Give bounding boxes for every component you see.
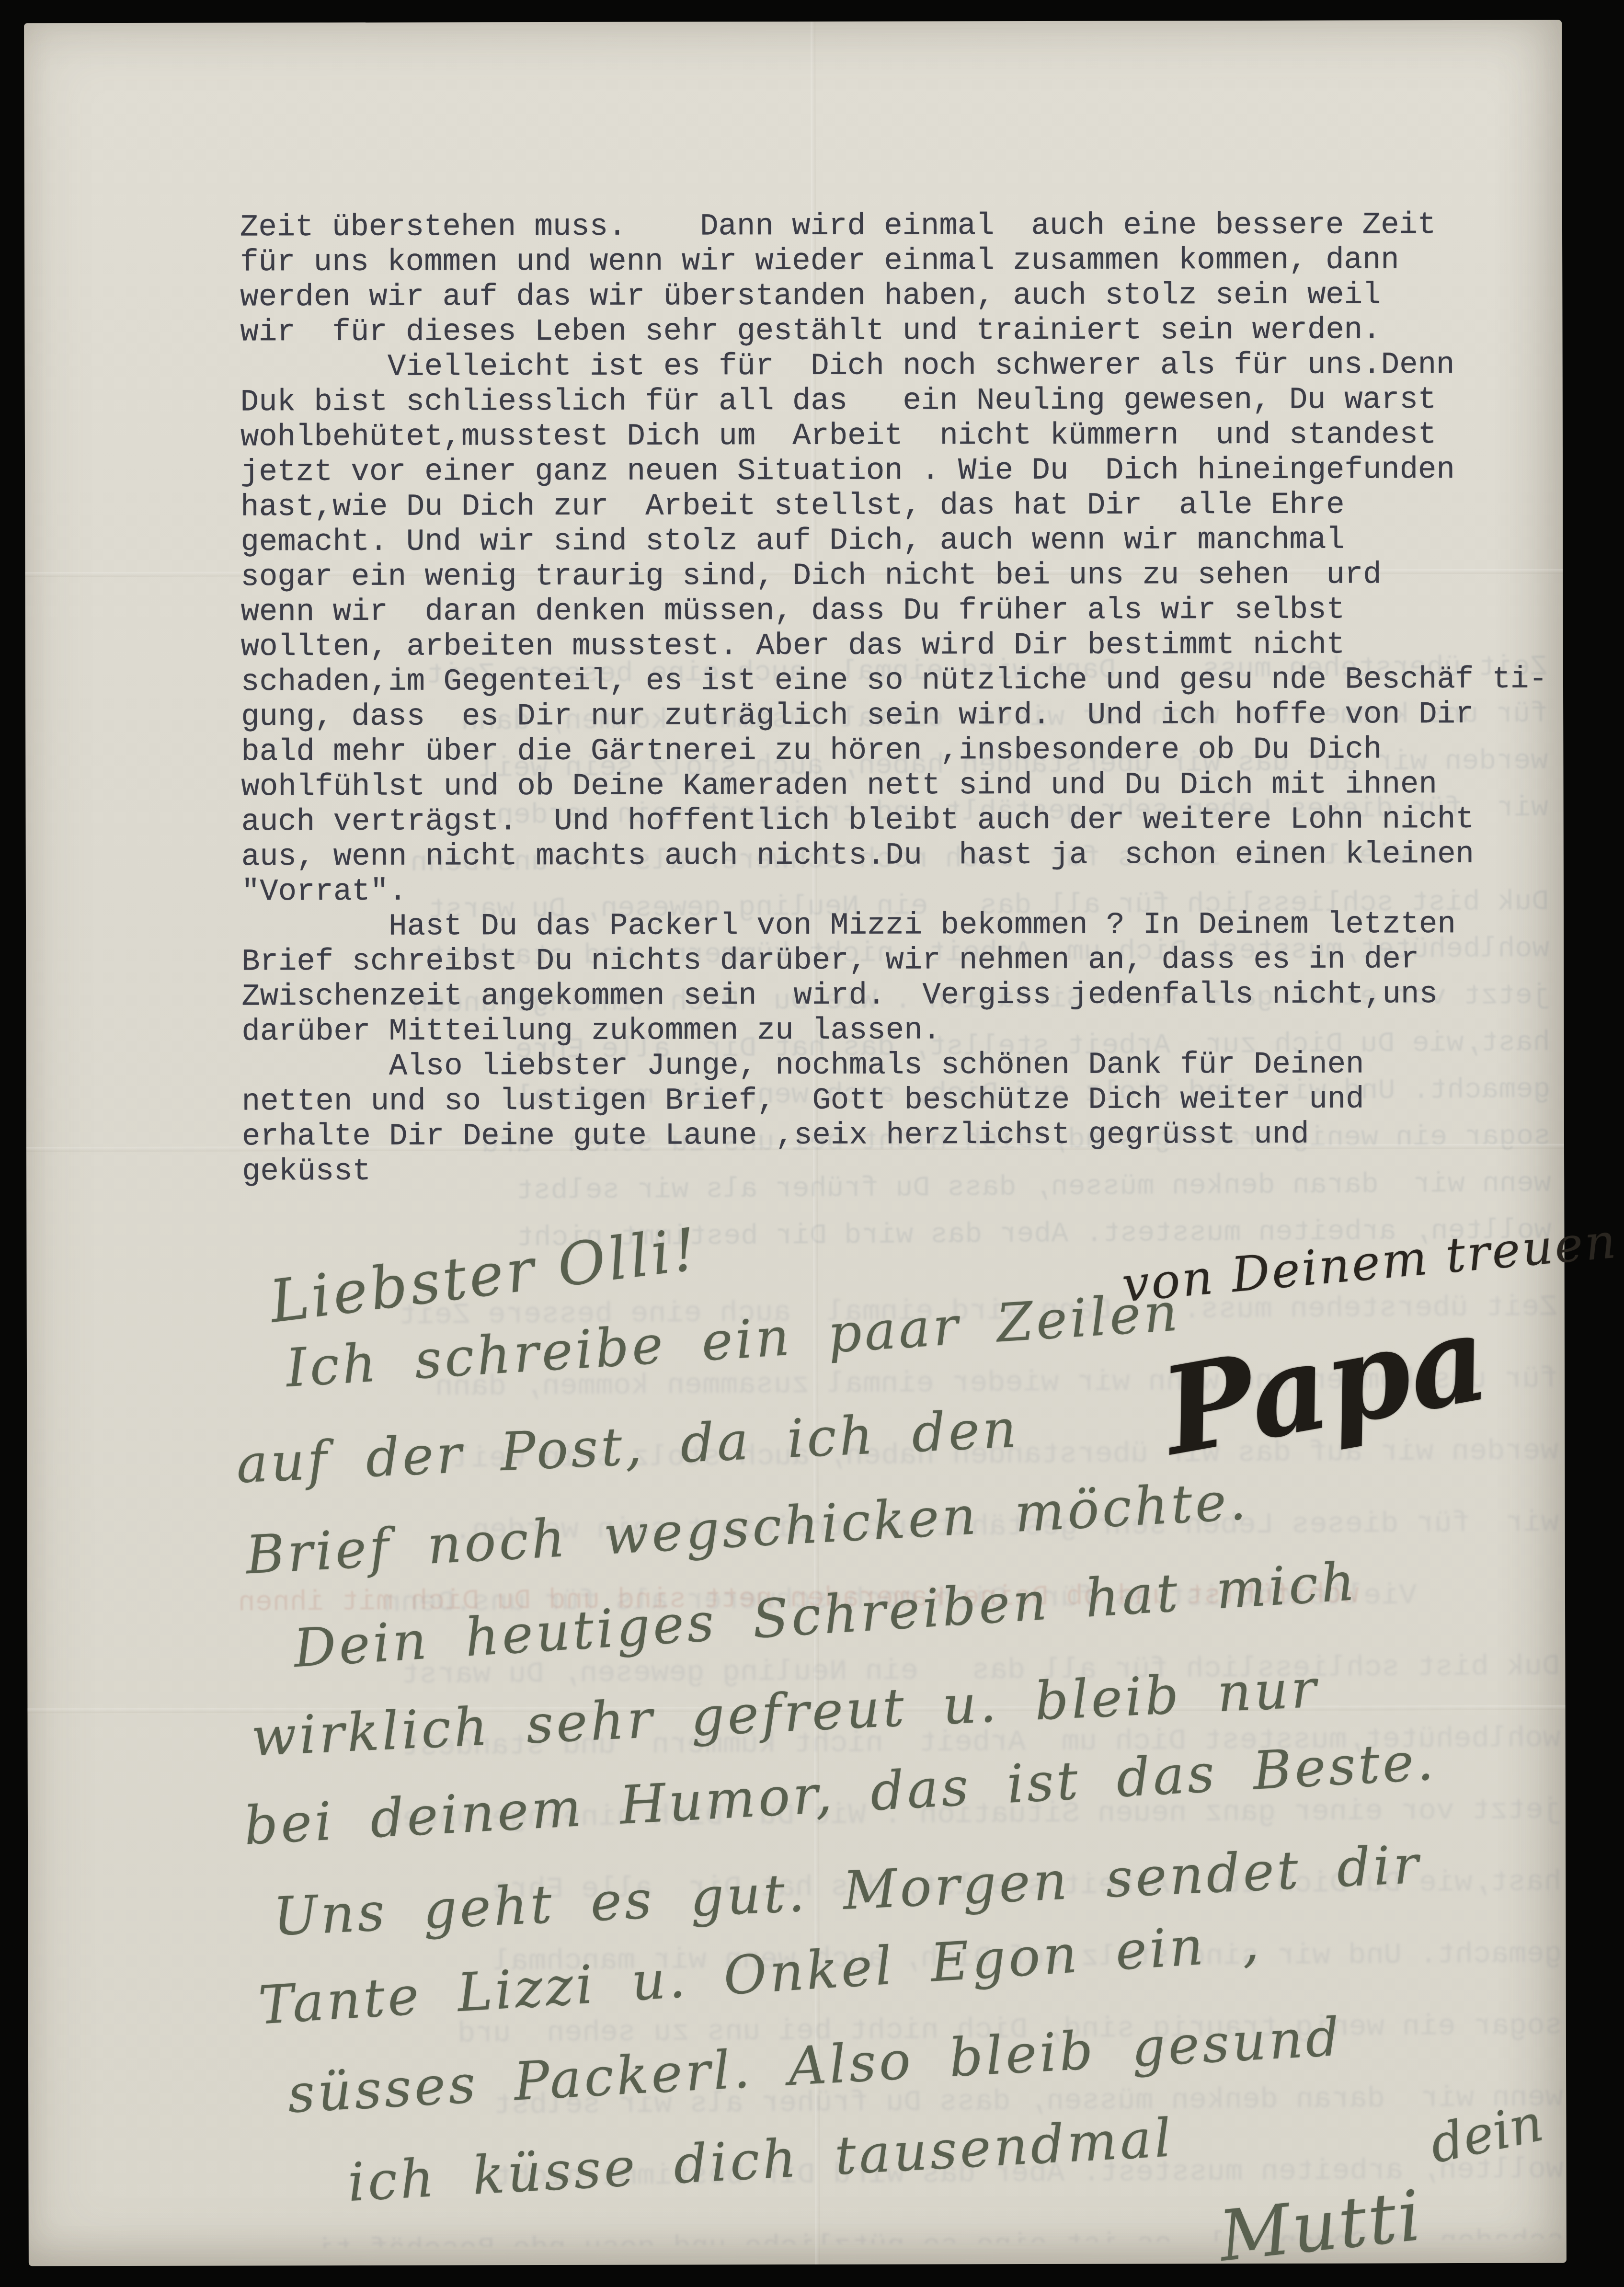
scan-background: { "document": { "kind": "typewritten let…: [0, 0, 1624, 2287]
letter-page: Zeit überstehen muss. Dann wird einmal a…: [24, 20, 1567, 2266]
handwritten-line: Ich schreibe ein paar Zeilen: [284, 1281, 1182, 1399]
handwritten-line: auf der Post, da ich den: [235, 1398, 1021, 1495]
handwritten-line: ich küsse dich tausendmal: [346, 2107, 1176, 2213]
handwritten-note-mutti: Ich schreibe ein paar Zeilenauf der Post…: [24, 20, 1567, 2266]
